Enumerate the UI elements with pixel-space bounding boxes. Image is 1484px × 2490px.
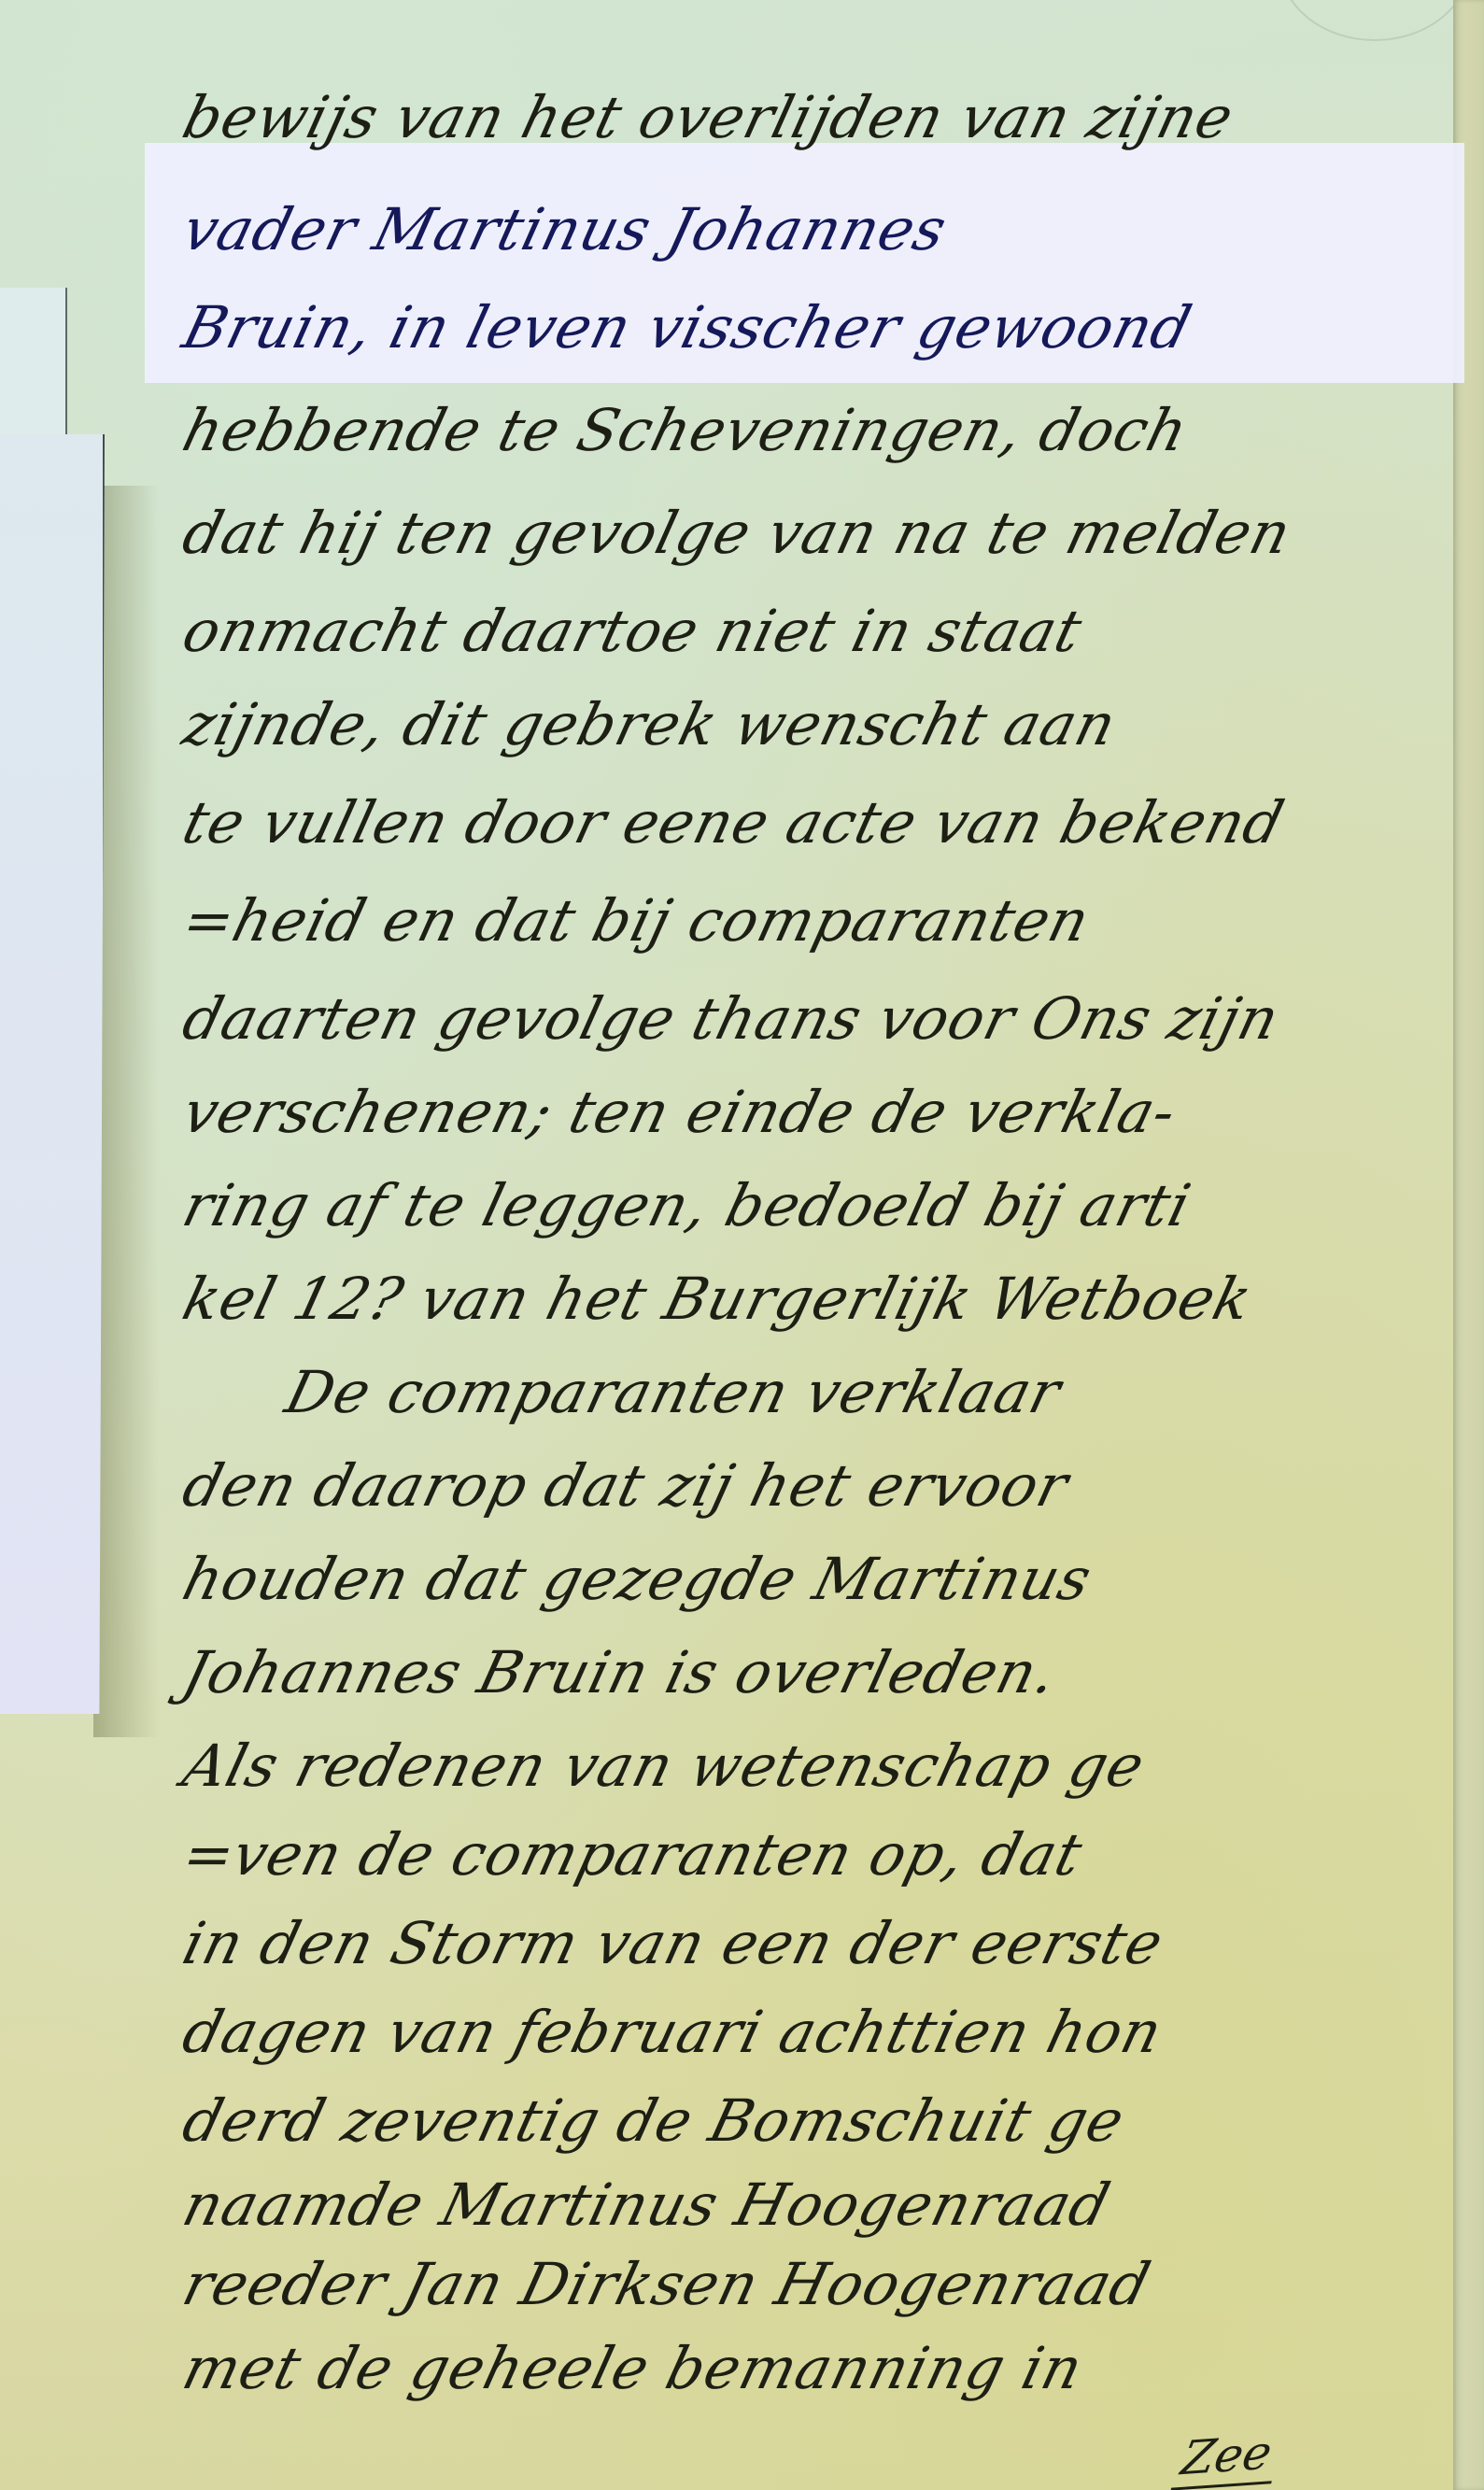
text-line: ring af te leggen, bedoeld bij arti bbox=[177, 1177, 1196, 1235]
text-line: houden dat gezegde Martinus bbox=[177, 1550, 1097, 1608]
text-line: dagen van februari achttien hon bbox=[177, 2003, 1168, 2061]
text-line: derd zeventig de Bomschuit ge bbox=[177, 2092, 1130, 2150]
text-line: Als redenen van wetenschap ge bbox=[177, 1737, 1151, 1795]
text-line: hebbende te Scheveningen, doch bbox=[177, 402, 1194, 460]
loose-sheet-narrow bbox=[0, 288, 67, 437]
text-line: =ven de comparanten op, dat bbox=[177, 1826, 1088, 1884]
text-line: in den Storm van een der eerste bbox=[177, 1915, 1169, 1973]
text-line: =heid en dat bij comparanten bbox=[177, 892, 1095, 950]
text-line: bewijs van het overlijden van zijne bbox=[177, 89, 1239, 147]
text-line-highlighted: vader Martinus Johannes bbox=[177, 201, 953, 259]
text-line: te vullen door eene acte van bekend bbox=[177, 794, 1290, 852]
text-line: Johannes Bruin is overleden. bbox=[177, 1644, 1063, 1702]
text-line: verschenen; ten einde de verkla- bbox=[177, 1083, 1182, 1141]
catchword: Zee bbox=[1171, 2425, 1282, 2490]
text-line: naamde Martinus Hoogenraad bbox=[177, 2176, 1116, 2234]
text-line: dat hij ten gevolge van na te melden bbox=[177, 504, 1296, 562]
text-line: zijnde, dit gebrek wenscht aan bbox=[177, 696, 1122, 754]
text-line: reeder Jan Dirksen Hoogenraad bbox=[177, 2256, 1156, 2313]
text-line: den daarop dat zij het ervoor bbox=[177, 1457, 1074, 1515]
text-line: daarten gevolge thans voor Ons zijn bbox=[177, 990, 1285, 1048]
text-line: onmacht daartoe niet in staat bbox=[177, 602, 1088, 660]
loose-sheet-wide bbox=[0, 434, 105, 1714]
text-line: met de geheele bemanning in bbox=[177, 2340, 1088, 2398]
text-line: De comparanten verklaar bbox=[280, 1364, 1067, 1422]
text-line: kel 12? van het Burgerlijk Wetboek bbox=[177, 1270, 1258, 1328]
text-line-highlighted: Bruin, in leven visscher gewoond bbox=[177, 299, 1197, 357]
